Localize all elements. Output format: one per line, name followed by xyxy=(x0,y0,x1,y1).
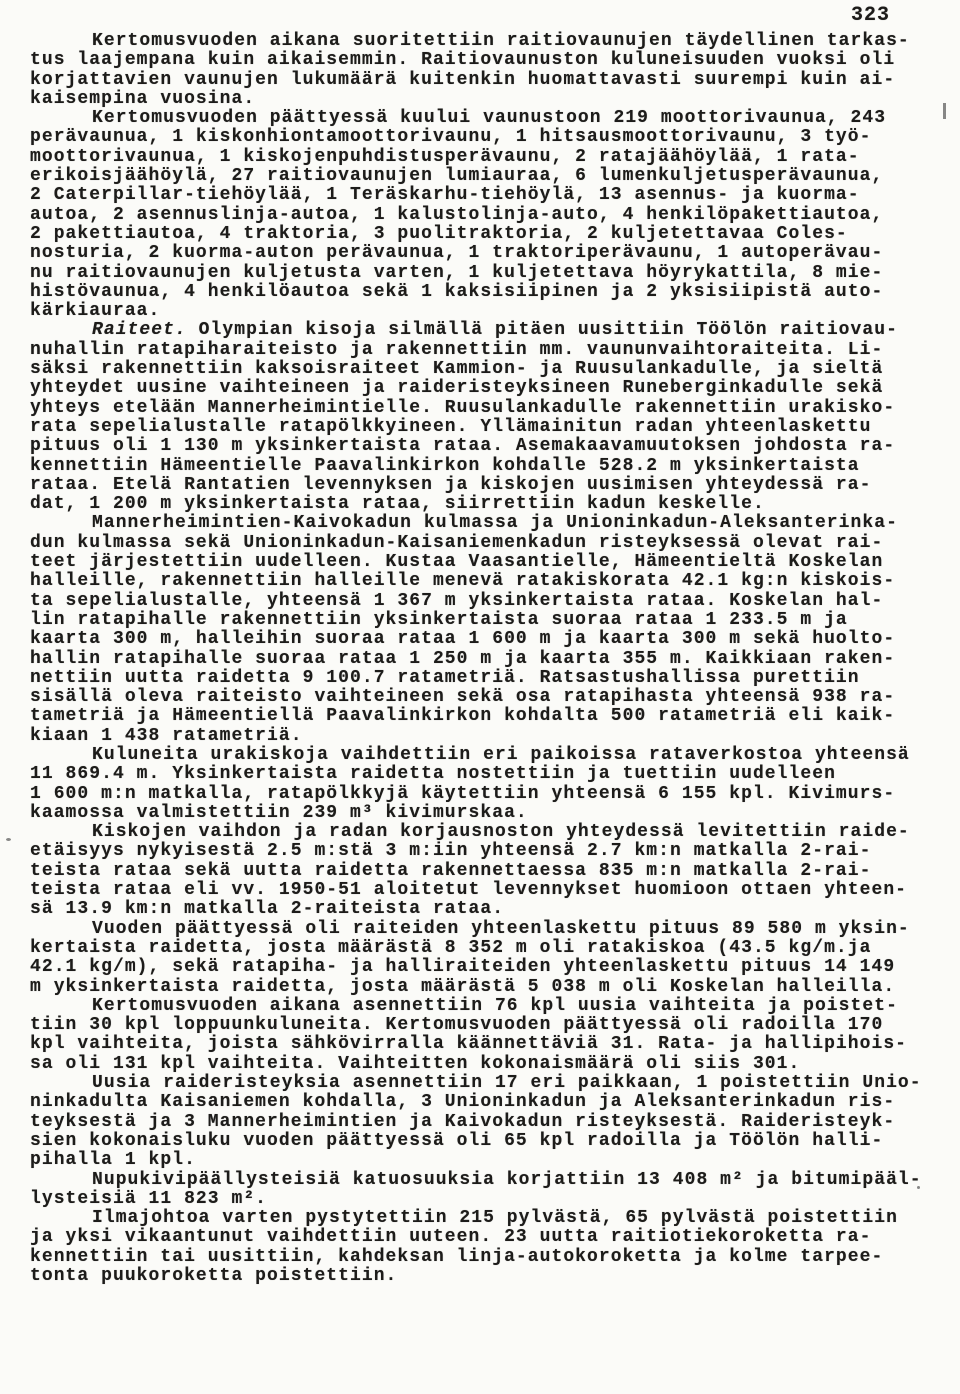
text-line: moottorivaunua, 1 kiskojenpuhdistusperäv… xyxy=(30,148,935,167)
text-line: histövaunua, 4 henkilöautoa sekä 1 kaksi… xyxy=(30,283,935,302)
text-line: yhteydet uusine vaihteineen ja raiderist… xyxy=(30,379,935,398)
text-line: ja yksi vikaantunut vaihdettiin uuteen. … xyxy=(30,1228,935,1247)
paragraph: Uusia raideristeyksia asennettiin 17 eri… xyxy=(30,1074,935,1170)
text-line: teista rataa sekä uutta raidetta rakenne… xyxy=(30,862,935,881)
paragraph: Ilmajohtoa varten pystytettiin 215 pylvä… xyxy=(30,1209,935,1286)
text-line: korjattavien vaunujen lukumäärä kuitenki… xyxy=(30,71,935,90)
scan-speck-icon xyxy=(6,838,11,841)
text-line: sä 13.9 km:n matkalla 2-raiteista rataa. xyxy=(30,900,935,919)
text-line: 2 pakettiautoa, 4 traktoria, 3 puolitrak… xyxy=(30,225,935,244)
italic-lead: Raiteet. xyxy=(92,320,187,340)
text-line: kaisempina vuosina. xyxy=(30,90,935,109)
text-line: erikoisjäähöylä, 27 raitiovaunujen lumia… xyxy=(30,167,935,186)
text-line: kertaista raidetta, josta määrästä 8 352… xyxy=(30,939,935,958)
paragraph: Kertomusvuoden aikana suoritettiin raiti… xyxy=(30,32,935,109)
text-line: Kiskojen vaihdon ja radan korjausnoston … xyxy=(30,823,935,842)
scan-speck-icon xyxy=(943,103,946,119)
text-line: säksi rakennettiin kaksoisraiteet Kammio… xyxy=(30,360,935,379)
text-line: dat, 1 200 m yksinkertaista rataa, siirr… xyxy=(30,495,935,514)
text-line: nettiin uutta raidetta 9 100.7 ratametri… xyxy=(30,669,935,688)
text-line: pituus oli 1 130 m yksinkertaista rataa.… xyxy=(30,437,935,456)
text-line: hallin ratapihalle suoraa rataa 1 250 m … xyxy=(30,650,935,669)
text-line: kaarta 300 m, halleihin suoraa rataa 1 6… xyxy=(30,630,935,649)
text-line: sa oli 131 kpl vaihteita. Vaihteitten ko… xyxy=(30,1055,935,1074)
text-line: 1 600 m:n matkalla, ratapölkkyjä käytett… xyxy=(30,785,935,804)
text-line: tiin 30 kpl loppuunkuluneita. Kertomusvu… xyxy=(30,1016,935,1035)
text-line: Mannerheimintien-Kaivokadun kulmassa ja … xyxy=(30,514,935,533)
paragraph: Kuluneita urakiskoja vaihdettiin eri pai… xyxy=(30,746,935,823)
text-line: 2 Caterpillar-tiehöylää, 1 Teräskarhu-ti… xyxy=(30,186,935,205)
text-line: kpl vaihteita, joista sähkövirralla kään… xyxy=(30,1035,935,1054)
text-line: kaamossa valmistettiin 239 m³ kivimurska… xyxy=(30,804,935,823)
text-line: dun kulmassa sekä Unioninkadun-Kaisaniem… xyxy=(30,534,935,553)
text-line: etäisyys nykyisestä 2.5 m:stä 3 m:iin yh… xyxy=(30,842,935,861)
paragraph: Mannerheimintien-Kaivokadun kulmassa ja … xyxy=(30,514,935,746)
text-line: Kertomusvuoden aikana suoritettiin raiti… xyxy=(30,32,935,51)
text-line: tametriä ja Hämeentiellä Paavalinkirkon … xyxy=(30,707,935,726)
text-line: 11 869.4 m. Yksinkertaista raidetta nost… xyxy=(30,765,935,784)
text-line: halleille, rakennettiin halleille menevä… xyxy=(30,572,935,591)
text-line: tonta puukoroketta poistettiin. xyxy=(30,1267,935,1286)
text-line: Nupukivipäällysteisiä katuosuuksia korja… xyxy=(30,1171,935,1190)
text-line: sisällä oleva raiteisto vaihteineen sekä… xyxy=(30,688,935,707)
document-page: 323 Kertomusvuoden aikana suoritettiin r… xyxy=(0,0,960,1394)
document-body: Kertomusvuoden aikana suoritettiin raiti… xyxy=(30,32,935,1286)
text-line: kennettiin tai uusittiin, kahdeksan linj… xyxy=(30,1248,935,1267)
text-line: Uusia raideristeyksia asennettiin 17 eri… xyxy=(30,1074,935,1093)
text-line: teet järjestettiin uudelleen. Kustaa Vaa… xyxy=(30,553,935,572)
text-line: lysteisiä 11 823 m². xyxy=(30,1190,935,1209)
text-line: nu raitiovaunujen kuljetusta varten, 1 k… xyxy=(30,264,935,283)
scan-speck-icon xyxy=(917,1186,920,1189)
paragraph: Kiskojen vaihdon ja radan korjausnoston … xyxy=(30,823,935,919)
paragraph: Vuoden päättyessä oli raiteiden yhteenla… xyxy=(30,920,935,997)
text-line: nosturia, 2 kuorma-auton perävaunua, 1 t… xyxy=(30,244,935,263)
text-line: sien kokonaisluku vuoden päättyessä oli … xyxy=(30,1132,935,1151)
text-line: kiaan 1 438 ratametriä. xyxy=(30,727,935,746)
text-line: ninkadulta Kaisaniemen kohdalla, 3 Union… xyxy=(30,1093,935,1112)
text-line: perävaunua, 1 kiskonhiontamoottorivaunu,… xyxy=(30,128,935,147)
text-line: rataa. Etelä Rantatien levennyksen ja ki… xyxy=(30,476,935,495)
text-line: lin ratapihalle rakennettiin yksinkertai… xyxy=(30,611,935,630)
text-line: teista rataa eli vv. 1950-51 aloitetut l… xyxy=(30,881,935,900)
paragraph: Kertomusvuoden päättyessä kuului vaunust… xyxy=(30,109,935,321)
text-line: m yksinkertaista raidetta, josta määräst… xyxy=(30,978,935,997)
text-line: autoa, 2 asennuslinja-autoa, 1 kalustoli… xyxy=(30,206,935,225)
text-line: pihalla 1 kpl. xyxy=(30,1151,935,1170)
text-line: teyksestä ja 3 Mannerheimintien ja Kaivo… xyxy=(30,1113,935,1132)
paragraph: Raiteet. Olympian kisoja silmällä pitäen… xyxy=(30,321,935,514)
text-line: kennettiin Hämeentielle Paavalinkirkon k… xyxy=(30,457,935,476)
text-line: rata sepelialustalle ratapölkkyineen. Yl… xyxy=(30,418,935,437)
text-line: Vuoden päättyessä oli raiteiden yhteenla… xyxy=(30,920,935,939)
text-line: Kuluneita urakiskoja vaihdettiin eri pai… xyxy=(30,746,935,765)
text-line: kärkiauraa. xyxy=(30,302,935,321)
text-line: Raiteet. Olympian kisoja silmällä pitäen… xyxy=(30,321,935,340)
paragraph: Kertomusvuoden aikana asennettiin 76 kpl… xyxy=(30,997,935,1074)
text-line: 42.1 kg/m), sekä ratapiha- ja halliraite… xyxy=(30,958,935,977)
text-line: nuhallin ratapiharaiteisto ja rakennetti… xyxy=(30,341,935,360)
paragraph: Nupukivipäällysteisiä katuosuuksia korja… xyxy=(30,1171,935,1210)
text-line: Kertomusvuoden päättyessä kuului vaunust… xyxy=(30,109,935,128)
text-line: ta sepelialustalle, yhteensä 1 367 m yks… xyxy=(30,592,935,611)
text-line: yhteys etelään Mannerheimintielle. Ruusu… xyxy=(30,399,935,418)
page-number: 323 xyxy=(851,4,890,27)
text-line: Ilmajohtoa varten pystytettiin 215 pylvä… xyxy=(30,1209,935,1228)
text-line: tus laajempana kuin aikaisemmin. Raitiov… xyxy=(30,51,935,70)
text-line: Kertomusvuoden aikana asennettiin 76 kpl… xyxy=(30,997,935,1016)
